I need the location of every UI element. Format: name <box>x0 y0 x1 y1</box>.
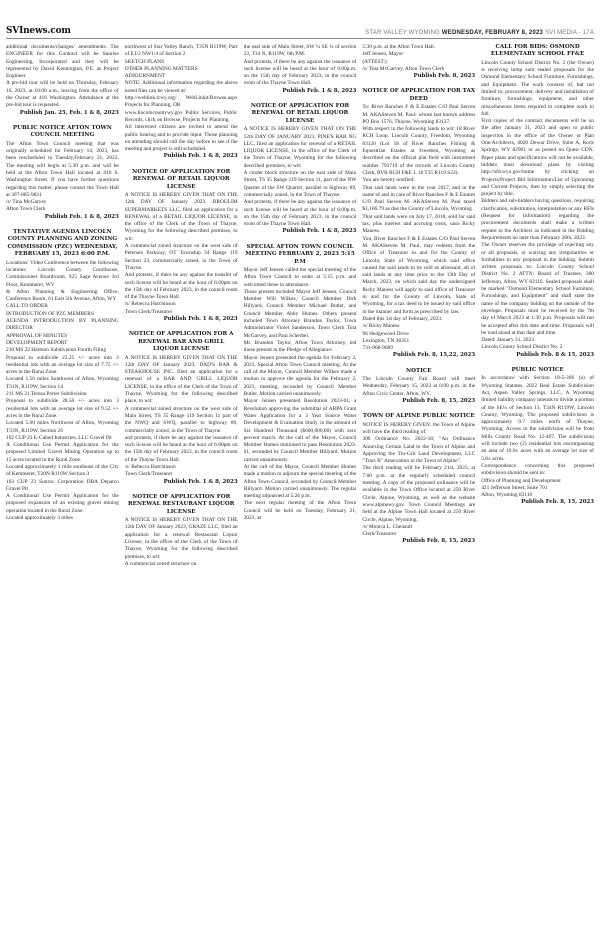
notice-paragraph: 211 MS 21 Teresa Porter Subdivision <box>6 391 119 398</box>
notice-paragraph: A commercial zoned structure on the west… <box>125 243 238 272</box>
notice-paragraph: /s/ Tina McGarvey, Afton Town Clerk <box>362 66 475 73</box>
notice-paragraph: and protests, if there be any against th… <box>125 435 238 464</box>
publish-dates: Publish Feb. 1 & 8, 2023 <box>244 88 357 95</box>
notice-title: PUBLIC NOTICE AFTON TOWN COUNCIL MEETING <box>6 125 119 140</box>
notice-paragraph: That said lands were on July 17, 2018, s… <box>362 214 475 236</box>
notice-paragraph: A Conditional Use Permit Application for… <box>6 493 119 515</box>
notice-paragraph: A Conditional Use Permit Application for… <box>6 442 119 464</box>
notice-paragraph: APPROVAL OF MINUTES <box>6 333 119 340</box>
notice-paragraph: & Afton Planning & Engineering Office, C… <box>6 289 119 304</box>
notice-title: NOTICE OF APPLICATION FOR RENEWAL RESTAU… <box>125 494 238 516</box>
notice-paragraph: /s/ Rebecca Hutchinson <box>125 464 238 471</box>
notice-paragraph: additional documents/changes/ amendments… <box>6 44 119 80</box>
notice-paragraph: http://weblink.lcwy.org/ WebLinkit/Brows… <box>125 95 238 110</box>
page-number: SVI MEDIA - 17A <box>545 30 594 36</box>
column-5: CALL FOR BIDS: OSMOND ELEMENTARY SCHOOL … <box>481 44 594 923</box>
legal-notices-columns: additional documents/changes/ amendments… <box>6 44 594 923</box>
legal-notice: TENTATIVE AGENDA LINCOLN COUNTY PLANNING… <box>6 229 119 522</box>
notice-paragraph: A pre-bid tour will be held on Thursday,… <box>6 80 119 109</box>
notice-title: NOTICE OF APPLICATION FOR RENEWAL OF RET… <box>125 169 238 191</box>
notice-paragraph: 103 CUP 23 Sunroc Corporation DBA Depatc… <box>6 479 119 494</box>
publish-dates: Publish Feb. 1 & 8, 2023 <box>125 479 238 486</box>
site-name: SVInews.com <box>6 26 71 36</box>
notice-paragraph: Proposal to subdivide 23.25 +/- acres in… <box>6 355 119 377</box>
notice-paragraph: INTRODUCTION OF PZC MEMBERS <box>6 311 119 318</box>
legal-notice: 5:30 p.m. at the Afton Town Hall.Jeff Je… <box>362 44 475 80</box>
notice-paragraph: A NOTICE IS HEREBY GIVEN THAT ON THE 12t… <box>125 192 238 243</box>
notice-paragraph: Bidders and sub-bidders having questions… <box>481 198 594 242</box>
notice-title: CALL FOR BIDS: OSMOND ELEMENTARY SCHOOL … <box>481 44 594 59</box>
publish-dates: Publish Jan. 25, Feb. 1 & 8, 2023 <box>6 110 119 117</box>
legal-notice: additional documents/changes/ amendments… <box>6 44 119 117</box>
notice-paragraph: Correspondence concerning this proposed … <box>481 463 594 478</box>
notice-paragraph: The next regular meeting of the Afton To… <box>244 500 357 522</box>
notice-paragraph: That said lands were in the year 2017, a… <box>362 185 475 214</box>
publish-dates: Publish Feb. 8, 15, 2023 <box>362 538 475 545</box>
legal-notice: the east side of Main Street, SW ¼ SE ¼ … <box>244 44 357 95</box>
issue-date: WEDNESDAY, FEBRUARY 8, 2023 <box>442 30 543 36</box>
legal-notice: CALL FOR BIDS: OSMOND ELEMENTARY SCHOOL … <box>481 44 594 359</box>
notice-paragraph: Afton Town Clerk <box>6 206 119 213</box>
notice-paragraph: You are hereby notified: <box>362 177 475 184</box>
notice-paragraph: Mayor Jensen presented Resolution 2023-0… <box>244 398 357 464</box>
notice-title: NOTICE OF APPLICATION FOR A RENEWAL BAR … <box>125 331 238 353</box>
notice-paragraph: Lincoln County School District No. 2 (th… <box>481 60 594 118</box>
notice-paragraph: /s/ Rebecca Hutchinson <box>125 301 238 308</box>
notice-paragraph: Those present included Mayor Jeff Jensen… <box>244 289 357 340</box>
notice-paragraph: At the call of the Mayor, Council Member… <box>244 464 357 500</box>
notice-paragraph: A NOTICE IS HEREBY GIVEN THAT ON THE 12t… <box>244 126 357 170</box>
publish-dates: Publish Feb. 1 & 8, 2023 <box>6 214 119 221</box>
notice-paragraph: A NOTICE IS HEREBY GIVEN THAT ON THE 12t… <box>125 517 238 561</box>
notice-paragraph: Jeff Jensen, Mayor <box>362 51 475 58</box>
notice-paragraph: CALL TO ORDER <box>6 303 119 310</box>
notice-paragraph: To: River Ranches F & E Estates C/O Paul… <box>362 104 475 126</box>
legal-notice: PUBLIC NOTICEIn accordance with Section … <box>481 367 594 507</box>
notice-title: NOTICE OF APPLICATION FOR TAX DEED <box>362 88 475 103</box>
issue-line: STAR VALLEY WYOMING WEDNESDAY, FEBRUARY … <box>365 30 594 36</box>
notice-paragraph: AGENDA INTRODUCTION BY PLANNING DIRECTOR <box>6 318 119 333</box>
legal-notice: NOTICE OF APPLICATION FOR A RENEWAL BAR … <box>125 331 238 486</box>
notice-title: TENTATIVE AGENDA LINCOLN COUNTY PLANNING… <box>6 229 119 259</box>
notice-title: NOTICE <box>362 368 475 375</box>
notice-paragraph: And protests, if there be any against th… <box>125 272 238 301</box>
notice-paragraph: With respect to the following lands to w… <box>362 126 475 177</box>
publish-dates: Publish Feb. 1 & 8, 2023 <box>244 228 357 235</box>
notice-paragraph: Dated: January 31, 2023 <box>481 337 594 344</box>
notice-paragraph: 210 MS 22 Harmon Subdivision Fourth Fili… <box>6 347 119 354</box>
notice-paragraph: First copies of the contract documents w… <box>481 118 594 198</box>
legal-notice: NOTICE OF APPLICATION FOR RENEWAL OF RET… <box>244 103 357 236</box>
notice-title: SPECIAL AFTON TOWN COUNCIL MEETING FEBRU… <box>244 244 357 266</box>
notice-title: NOTICE OF APPLICATION FOR RENEWAL OF RET… <box>244 103 357 125</box>
notice-paragraph: And protests, if there be any against th… <box>244 59 357 88</box>
notice-paragraph: Located 1.50 miles Southwest of Afton, W… <box>6 376 119 391</box>
publish-dates: Publish Feb. 1 & 8, 2023 <box>125 153 238 160</box>
notice-paragraph: Mayor Jensen presented the agenda for Fe… <box>244 355 357 399</box>
notice-paragraph: You, River Ranches F & E Estates C/O Pau… <box>362 236 475 316</box>
legal-notice: NOTICE OF APPLICATION FOR TAX DEEDTo: Ri… <box>362 88 475 359</box>
notice-paragraph: DEVELOPMENT REPORT <box>6 340 119 347</box>
notice-paragraph: Lexington, TN 38351 <box>362 338 475 345</box>
column-2: northwest of Star Valley Ranch, T35N R11… <box>125 44 238 923</box>
publish-dates: Publish Feb. 8, 2023 <box>362 73 475 80</box>
notice-paragraph: (ATTEST:) <box>362 59 475 66</box>
notice-paragraph: The Afton Town Council meeting that was … <box>6 141 119 199</box>
notice-paragraph: Proposal to subdivide 28.56 +/- acres in… <box>6 398 119 420</box>
notice-paragraph: Town Clerk/Treasurer <box>125 309 238 316</box>
notice-paragraph: northwest of Star Valley Ranch, T35N R11… <box>125 44 238 59</box>
notice-paragraph: The third reading will be February 21st,… <box>362 465 475 523</box>
notice-paragraph: 102 CUP 23 E-Cubed Industries, LLC Grave… <box>6 435 119 442</box>
notice-paragraph: the east side of Main Street, SW ¼ SE ¼ … <box>244 44 357 59</box>
legal-notice: NOTICEThe Lincoln County Fair Board will… <box>362 368 475 406</box>
publish-dates: Publish Feb. 8, 15, 2023 <box>481 499 594 506</box>
notice-paragraph: Mr. Brandon Taylor, Afton Town Attorney,… <box>244 340 357 355</box>
legal-notice: SPECIAL AFTON TOWN COUNCIL MEETING FEBRU… <box>244 244 357 523</box>
notice-paragraph: NOTE: Additional information regarding t… <box>125 80 238 95</box>
notice-paragraph: Lincoln County School District No. 2 <box>481 344 594 351</box>
publish-dates: Publish Feb. 8 & 15, 2023 <box>481 352 594 359</box>
notice-paragraph: Located approximately 3 miles <box>6 515 119 522</box>
notice-paragraph: A commercial zoned structure on the west… <box>125 406 238 435</box>
notice-paragraph: www.lincolncountywy.gov Public Services,… <box>125 110 238 125</box>
legal-notice: NOTICE OF APPLICATION FOR RENEWAL OF RET… <box>125 169 238 324</box>
notice-paragraph: Locations: Video Conference between the … <box>6 260 119 289</box>
notice-paragraph: A NOTICE IS HEREBY GIVEN THAT ON THE 12t… <box>125 355 238 406</box>
notice-paragraph: The Owner reserves the privilege of reje… <box>481 242 594 337</box>
notice-paragraph: Afton, Wyoming 83110 <box>481 492 594 499</box>
notice-paragraph: 96 Hedgewood Drive <box>362 331 475 338</box>
notice-title: PUBLIC NOTICE <box>481 367 594 374</box>
notice-paragraph: Town Clerk/Treasurer <box>125 471 238 478</box>
notice-paragraph: In accordance with Section 18-5-306 (a) … <box>481 375 594 463</box>
notice-paragraph: And protests, if there be any against th… <box>244 199 357 228</box>
legal-notice: PUBLIC NOTICE AFTON TOWN COUNCIL MEETING… <box>6 125 119 221</box>
legal-notice: TOWN OF ALPINE PUBLIC NOTICENOTICE IS HE… <box>362 413 475 545</box>
notice-paragraph: NOTICE IS HEREBY GIVEN: the Town of Alpi… <box>362 422 475 437</box>
notice-title: TOWN OF ALPINE PUBLIC NOTICE <box>362 413 475 420</box>
notice-paragraph: 300 Ordinance No. 2022-18; "An Ordinance… <box>362 436 475 465</box>
notice-paragraph: Located approximately 1 mile southeast o… <box>6 464 119 479</box>
notice-paragraph: All interested citizens are invited to a… <box>125 124 238 153</box>
notice-paragraph: Mayor Jeff Jensen called the special mee… <box>244 267 357 289</box>
notice-paragraph: /s/ Monica L. Chenault <box>362 524 475 531</box>
notice-paragraph: The Lincoln County Fair Board will meet … <box>362 376 475 398</box>
column-1: additional documents/changes/ amendments… <box>6 44 119 923</box>
publish-dates: Publish Feb. 8, 15,22, 2023 <box>362 352 475 359</box>
section-name: STAR VALLEY WYOMING <box>365 30 440 36</box>
notice-paragraph: Dated this 1st day of February, 2023. <box>362 316 475 323</box>
notice-paragraph: 731-968-9689 <box>362 345 475 352</box>
legal-notice: NOTICE OF APPLICATION FOR RENEWAL RESTAU… <box>125 494 238 568</box>
notice-paragraph: Located 5.00 miles Northwest of Afton, W… <box>6 420 119 435</box>
notice-paragraph: OTHER PLANNING MATTERS <box>125 66 238 73</box>
notice-paragraph: A cinder block structure on the east sid… <box>244 170 357 199</box>
publish-dates: Publish Feb. 8, 15, 2023 <box>362 398 475 405</box>
legal-notice: northwest of Star Valley Ranch, T35N R11… <box>125 44 238 161</box>
notice-paragraph: /s/ Ricky Maness <box>362 323 475 330</box>
page-masthead: SVInews.com STAR VALLEY WYOMING WEDNESDA… <box>6 22 594 39</box>
column-4: 5:30 p.m. at the Afton Town Hall.Jeff Je… <box>362 44 475 923</box>
column-3: the east side of Main Street, SW ¼ SE ¼ … <box>244 44 357 923</box>
notice-paragraph: Clerk/Treasurer <box>362 531 475 538</box>
notice-paragraph: Office of Planning and Development <box>481 478 594 485</box>
publish-dates: Publish Feb. 1 & 8, 2023 <box>125 316 238 323</box>
notice-paragraph: A commercial zoned structure on <box>125 561 238 568</box>
notice-paragraph: SKETCH PLANS <box>125 59 238 66</box>
